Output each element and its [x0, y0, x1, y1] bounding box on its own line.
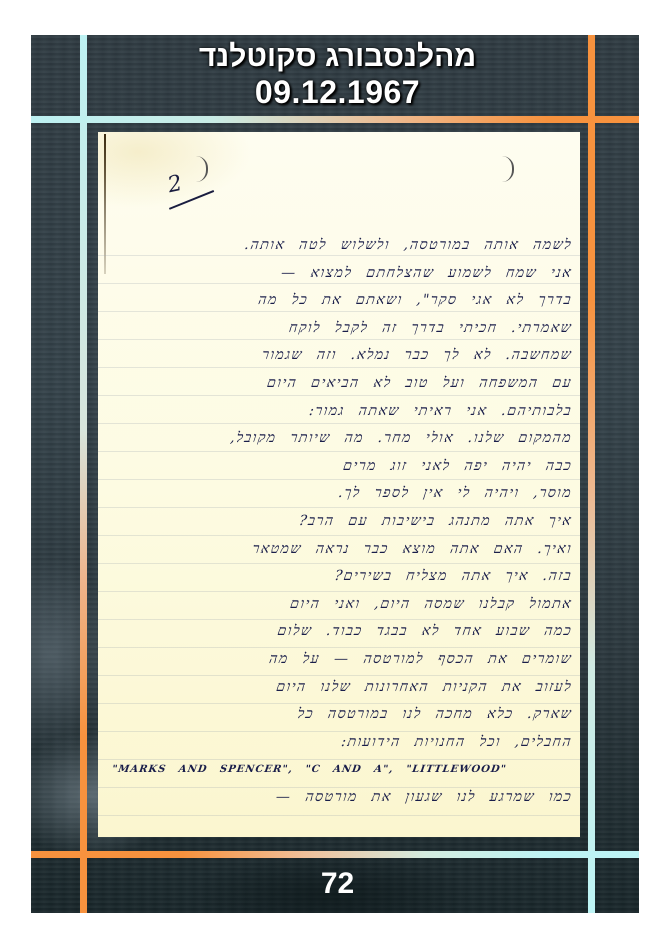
letter-line: כבה יהיה יפה לאני זוג מרים — [110, 453, 574, 481]
letter-line: אני שמח לשמוע שהצלחתם למצוא — — [110, 260, 574, 288]
letter-origin-title: מהלנסבורג סקוטלנד — [87, 40, 588, 74]
letter-date-title: 09.12.1967 — [87, 74, 588, 110]
letter-line: לשמה אותה במורטסה, ולשלוש לטה אותה. — [110, 232, 574, 260]
handwritten-page-number: 2 — [166, 171, 185, 198]
punch-hole-mark — [500, 156, 514, 182]
letter-line: בדרך לא אגי סקר", ושאתם את כל מה — [110, 287, 574, 315]
letter-line: עם המשפחה ועל טוב לא הביאים היום — [110, 370, 574, 398]
letter-line: לעזוב את הקניות האחרונות שלנו היום — [110, 674, 574, 702]
top-horizontal-frame-line — [31, 116, 639, 123]
handwritten-text: לשמה אותה במורטסה, ולשלוש לטה אותה. אני … — [112, 232, 572, 811]
page-number: 72 — [87, 866, 588, 902]
punch-hole-mark — [194, 156, 208, 182]
letter-line: שמחשבה. לא לך כבר נמלא. וזה שגמור — [110, 342, 574, 370]
right-vertical-frame-line — [588, 35, 595, 913]
letter-line: בלבותיהם. אני ראיתי שאתה גמור: — [110, 398, 574, 426]
left-vertical-frame-line — [80, 35, 87, 913]
letter-line: איך אתה מתנהג בישיבות עם הרב? — [110, 508, 574, 536]
letter-line: מהמקום שלנו. אולי מחר. מה שיותר מקובל, — [110, 425, 574, 453]
letter-line: בזה. איך אתה מצליח בשירים? — [110, 563, 574, 591]
letter-line: ואיך. האם אתה מוצא כבר נראה שמטאר — [110, 536, 574, 564]
letter-line: שאמרתי. חכיתי בדרך זה לקבל לוקח — [110, 315, 574, 343]
letter-line: מוסר, ויהיה לי אין לספר לך. — [110, 480, 574, 508]
letter-line: כמו שמרגע לנו שגעון את מורטסה — — [110, 784, 574, 812]
bottom-horizontal-frame-line — [31, 851, 639, 858]
letter-line: שומרים את הכסף למורטסה — על מה — [110, 646, 574, 674]
letter-line: שארק. כלא מחכה לנו במורטסה כל — [110, 701, 574, 729]
letter-line: אתמול קבלנו שמסה היום, ואני היום — [110, 591, 574, 619]
letter-line-english-stores: "MARKS AND SPENCER", "C AND A", "LITTLEW… — [110, 756, 574, 784]
handwritten-letter-scan: 2 לשמה אותה במורטסה, ולשלוש לטה אותה. אנ… — [98, 132, 580, 837]
letter-line: כמה שבוע אחד לא בבגד כבוד. שלום — [110, 618, 574, 646]
letter-line: החבלים, וכל החנויות הידועות: — [110, 729, 574, 757]
